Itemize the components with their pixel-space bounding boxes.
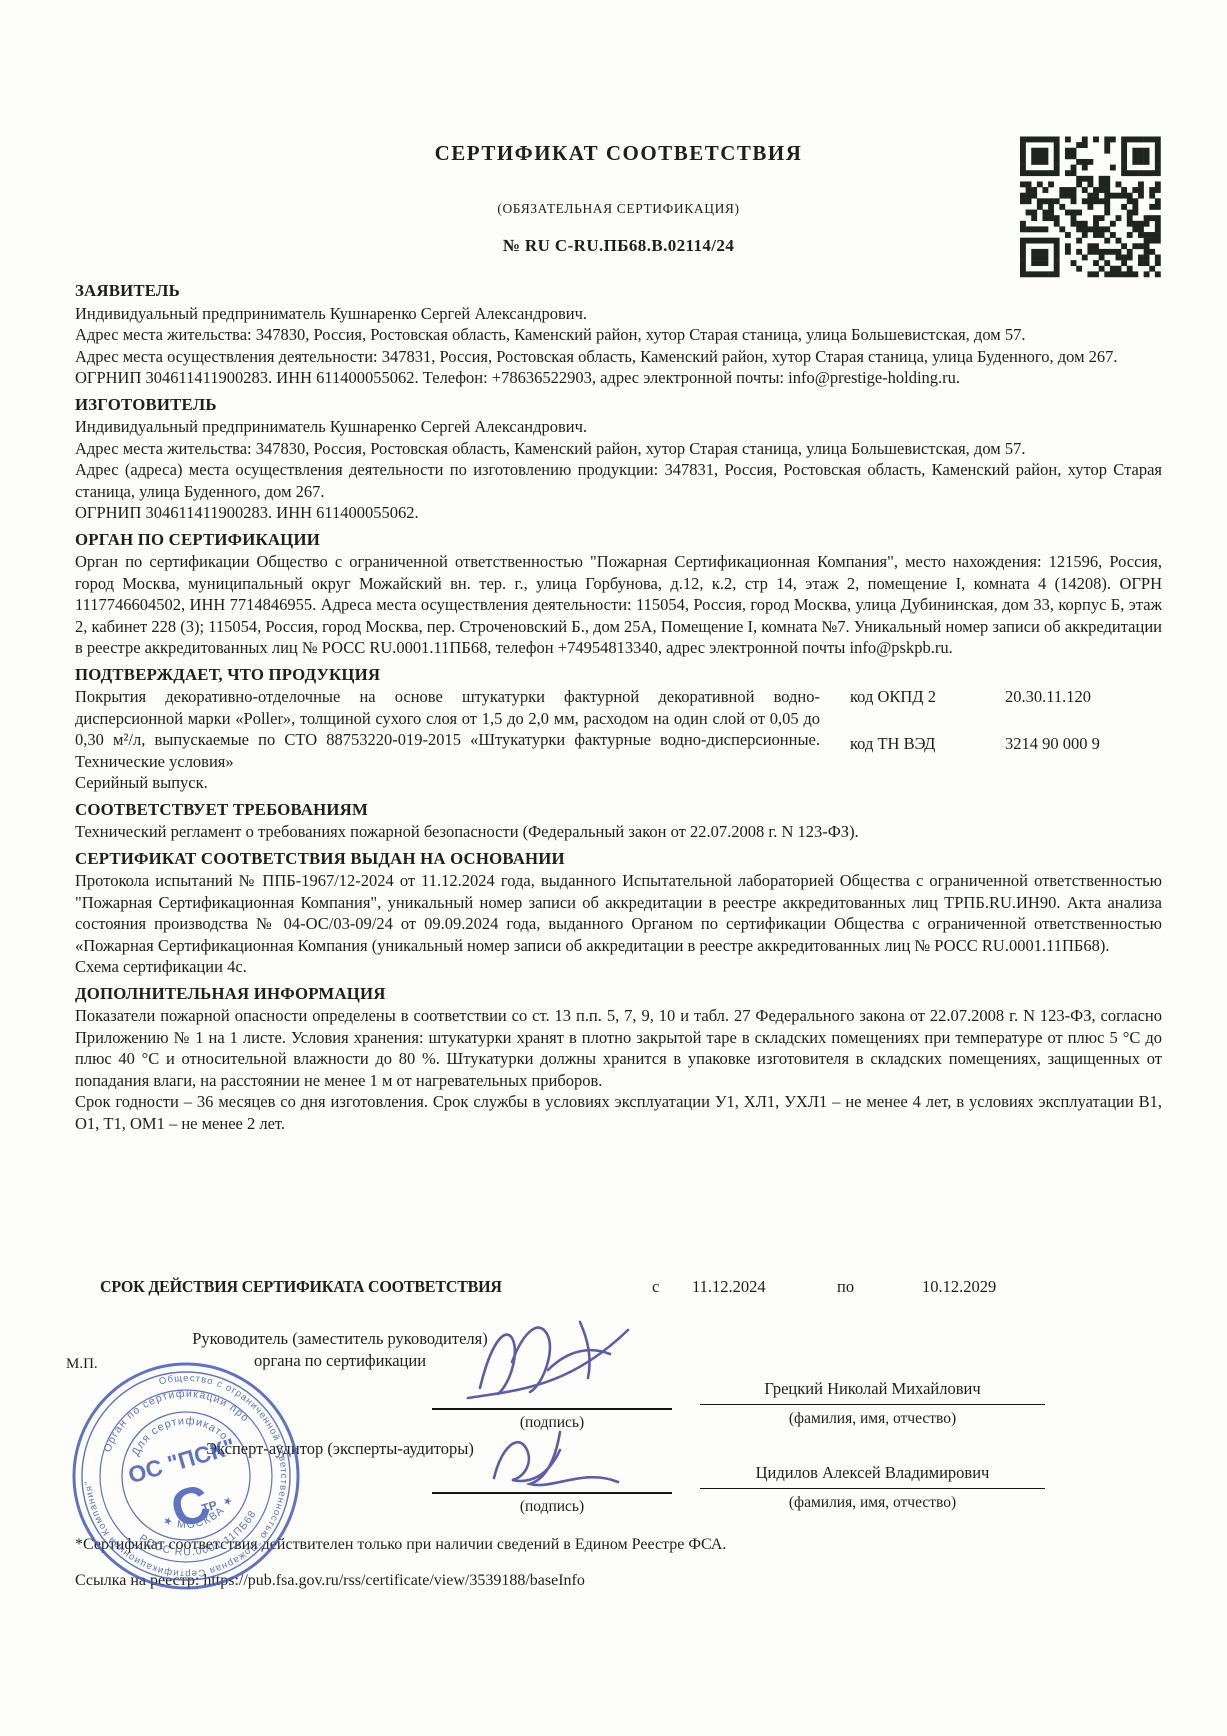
section-certification-body: ОРГАН ПО СЕРТИФИКАЦИИ Орган по сертифика… bbox=[75, 529, 1162, 659]
validity-to-date: 10.12.2029 bbox=[922, 1276, 996, 1298]
manufacturer-line: Индивидуальный предприниматель Кушнаренк… bbox=[75, 416, 1162, 438]
section-product: ПОДТВЕРЖДАЕТ, ЧТО ПРОДУКЦИЯ Покрытия дек… bbox=[75, 664, 1162, 794]
certification-body-text: Орган по сертификации Общество с огранич… bbox=[75, 551, 1162, 659]
section-manufacturer: ИЗГОТОВИТЕЛЬ Индивидуальный предпринимат… bbox=[75, 394, 1162, 524]
validity-to-label: по bbox=[837, 1276, 854, 1298]
section-additional-info: ДОПОЛНИТЕЛЬНАЯ ИНФОРМАЦИЯ Показатели пож… bbox=[75, 983, 1162, 1135]
expert-name-caption: (фамилия, имя, отчество) bbox=[700, 1492, 1045, 1514]
product-release: Серийный выпуск. bbox=[75, 772, 820, 794]
requirements-heading: СООТВЕТСТВУЕТ ТРЕБОВАНИЯМ bbox=[75, 799, 1162, 821]
basis-text: Протокола испытаний № ППБ-1967/12-2024 о… bbox=[75, 870, 1162, 956]
okpd2-label: код ОКПД 2 bbox=[850, 686, 1005, 708]
product-description: Покрытия декоративно-отделочные на основ… bbox=[75, 686, 820, 772]
additional-heading: ДОПОЛНИТЕЛЬНАЯ ИНФОРМАЦИЯ bbox=[75, 983, 1162, 1005]
product-codes: код ОКПД 2 20.30.11.120 код ТН ВЭД 3214 … bbox=[850, 686, 1162, 794]
section-applicant: ЗАЯВИТЕЛЬ Индивидуальный предприниматель… bbox=[75, 280, 1162, 389]
applicant-line: Адрес места жительства: 347830, Россия, … bbox=[75, 324, 1162, 346]
applicant-heading: ЗАЯВИТЕЛЬ bbox=[75, 280, 1162, 302]
requirements-text: Технический регламент о требованиях пожа… bbox=[75, 821, 1162, 843]
stamp-org-text: Общество с ограниченной ответственностью… bbox=[60, 1350, 312, 1602]
applicant-line: Индивидуальный предприниматель Кушнаренк… bbox=[75, 303, 1162, 325]
validity-from-date: 11.12.2024 bbox=[692, 1276, 766, 1298]
signature-area: М.П. Руководитель (заместитель руководит… bbox=[0, 1320, 1227, 1736]
certification-body-heading: ОРГАН ПО СЕРТИФИКАЦИИ bbox=[75, 529, 1162, 551]
certification-stamp: Общество с ограниченной ответственностью… bbox=[60, 1350, 312, 1602]
additional-text: Показатели пожарной опасности определены… bbox=[75, 1005, 1162, 1091]
additional-text: Срок годности – 36 месяцев со дня изгото… bbox=[75, 1091, 1162, 1134]
manufacturer-line: Адрес (адреса) места осуществления деяте… bbox=[75, 459, 1162, 502]
product-row: Покрытия декоративно-отделочные на основ… bbox=[75, 686, 1162, 794]
head-name-block: Грецкий Николай Михайлович (фамилия, имя… bbox=[700, 1378, 1045, 1429]
svg-text:Общество с ограниченной ответс: Общество с ограниченной ответственностью… bbox=[60, 1350, 312, 1602]
certificate-page: СЕРТИФИКАТ СООТВЕТСТВИЯ (ОБЯЗАТЕЛЬНАЯ СЕ… bbox=[0, 0, 1227, 1736]
applicant-line: Адрес места осуществления деятельности: … bbox=[75, 346, 1162, 368]
validity-row: СРОК ДЕЙСТВИЯ СЕРТИФИКАТА СООТВЕТСТВИЯ с… bbox=[100, 1276, 1160, 1302]
manufacturer-heading: ИЗГОТОВИТЕЛЬ bbox=[75, 394, 1162, 416]
expert-name-block: Цидилов Алексей Владимирович (фамилия, и… bbox=[700, 1462, 1045, 1513]
expert-signature bbox=[462, 1420, 652, 1500]
tnved-row: код ТН ВЭД 3214 90 000 9 bbox=[850, 733, 1162, 755]
okpd2-row: код ОКПД 2 20.30.11.120 bbox=[850, 686, 1162, 708]
validity-from-label: с bbox=[652, 1276, 659, 1298]
applicant-line: ОГРНИП 304611411900283. ИНН 611400055062… bbox=[75, 367, 1162, 389]
certificate-content: СЕРТИФИКАТ СООТВЕТСТВИЯ (ОБЯЗАТЕЛЬНАЯ СЕ… bbox=[75, 140, 1162, 1134]
page-title: СЕРТИФИКАТ СООТВЕТСТВИЯ bbox=[75, 140, 1162, 166]
basis-heading: СЕРТИФИКАТ СООТВЕТСТВИЯ ВЫДАН НА ОСНОВАН… bbox=[75, 848, 1162, 870]
head-name-caption: (фамилия, имя, отчество) bbox=[700, 1408, 1045, 1430]
section-basis: СЕРТИФИКАТ СООТВЕТСТВИЯ ВЫДАН НА ОСНОВАН… bbox=[75, 848, 1162, 978]
manufacturer-line: ОГРНИП 304611411900283. ИНН 611400055062… bbox=[75, 502, 1162, 524]
manufacturer-line: Адрес места жительства: 347830, Россия, … bbox=[75, 438, 1162, 460]
expert-name: Цидилов Алексей Владимирович bbox=[700, 1462, 1045, 1489]
certification-type: (ОБЯЗАТЕЛЬНАЯ СЕРТИФИКАЦИЯ) bbox=[75, 198, 1162, 220]
basis-scheme: Схема сертификации 4с. bbox=[75, 956, 1162, 978]
product-heading: ПОДТВЕРЖДАЕТ, ЧТО ПРОДУКЦИЯ bbox=[75, 664, 1162, 686]
okpd2-value: 20.30.11.120 bbox=[1005, 686, 1091, 708]
head-signature bbox=[428, 1308, 688, 1413]
validity-heading: СРОК ДЕЙСТВИЯ СЕРТИФИКАТА СООТВЕТСТВИЯ bbox=[100, 1276, 502, 1298]
tnved-value: 3214 90 000 9 bbox=[1005, 733, 1100, 755]
tnved-label: код ТН ВЭД bbox=[850, 733, 1005, 755]
product-description-block: Покрытия декоративно-отделочные на основ… bbox=[75, 686, 820, 794]
section-requirements: СООТВЕТСТВУЕТ ТРЕБОВАНИЯМ Технический ре… bbox=[75, 799, 1162, 843]
certificate-number: № RU С-RU.ПБ68.В.02114/24 bbox=[75, 235, 1162, 257]
head-name: Грецкий Николай Михайлович bbox=[700, 1378, 1045, 1405]
